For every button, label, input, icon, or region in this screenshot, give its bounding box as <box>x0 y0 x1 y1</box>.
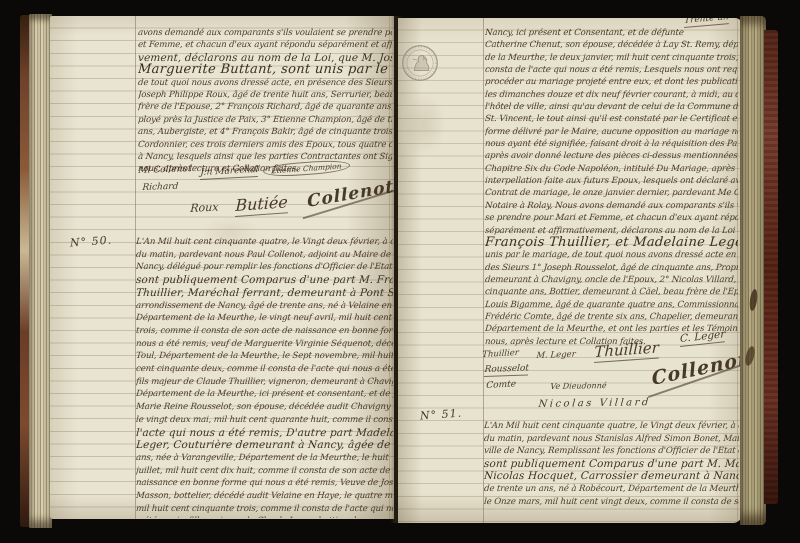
record-50-text: L'An Mil huit cent cinquante quatre, le … <box>136 236 393 518</box>
signature: M. Leger <box>536 350 576 361</box>
handwritten-line: L'An Mil huit cent cinquante quatre, le … <box>484 420 739 433</box>
handwritten-line: juillet, mil huit cent dix huit, comme i… <box>136 465 393 478</box>
signature: Trente un <box>684 18 729 28</box>
handwritten-line: le vingt deux mai, mil huit cent quarant… <box>136 414 393 427</box>
handwritten-line: Nicolas Hocquet, Carrossier demeurant à … <box>484 470 739 483</box>
handwritten-line: Marie Reine Rousselot, son épouse, décéd… <box>136 401 393 414</box>
handwritten-line: nous a été remis, veuf de Marguerite Vir… <box>136 338 393 351</box>
signature: Richard <box>142 182 179 193</box>
signature: Rousselot <box>484 363 529 377</box>
handwritten-line: l'acte qui nous a été remis, D'autre par… <box>136 427 393 440</box>
handwritten-line: Thuillier, Maréchal ferrant, demeurant à… <box>136 287 393 300</box>
handwritten-line: du matin, pardevant nous Stanislas Alfre… <box>484 433 739 446</box>
register-book-scan: avons demandé aux comparants s'ils voula… <box>0 0 800 543</box>
handwritten-line: sont publiquement Comparus d'une part M.… <box>136 274 393 287</box>
handwritten-line: cent cinquante deux, comme il consta de … <box>136 363 393 376</box>
page-edge-speck <box>749 289 759 312</box>
page-stack-right-edge <box>740 16 766 525</box>
handwritten-line: du matin, pardevant nous Paul Collenot, … <box>136 249 393 262</box>
handwritten-line: a été remis, fille majeure de Claude Leg… <box>136 515 393 518</box>
handwritten-line: fils majeur de Claude Thuillier, vignero… <box>136 376 393 389</box>
handwritten-line: Département de la Meurthe, ici présent e… <box>136 388 393 401</box>
signature: Nicolas Villard <box>538 397 651 410</box>
signature: Etienne Champion <box>263 159 350 178</box>
right-page: Nancy, ici présent et Consentant, et de … <box>398 18 742 523</box>
page-stack-left-edge <box>29 14 52 528</box>
handwritten-line: ans, née à Varangeville, Département de … <box>136 452 393 465</box>
handwritten-line: Leger, Couturière demeurant à Nancy, âgé… <box>136 439 393 452</box>
left-page: avons demandé aux comparants s'ils voula… <box>50 16 394 519</box>
handwritten-line: ville de Nancy, Remplissant les fonction… <box>484 445 739 458</box>
signature: Ve Dieudonné <box>550 381 607 391</box>
signature: Collenot <box>651 348 742 390</box>
record-51-text: L'An Mil huit cent cinquante quatre, le … <box>484 420 739 512</box>
handwritten-line: de trente un ans, né à Robécourt, Départ… <box>484 483 739 496</box>
handwritten-line: Masson, bottelier, décédé audit Velaine … <box>136 490 393 503</box>
handwritten-line: naissance en bonne forme qui nous a été … <box>136 477 393 490</box>
handwritten-line: sont publiquement Comparus d'une part M.… <box>484 458 739 471</box>
signature: Comte <box>486 379 516 391</box>
handwritten-line: L'An Mil huit cent cinquante quatre, le … <box>136 236 393 249</box>
signature: Thuillier <box>594 338 659 363</box>
handwritten-line: mil huit cent cinquante trois, comme il … <box>136 503 393 516</box>
signature: J:n Marechal <box>200 165 259 180</box>
signature: Butiée <box>235 192 288 217</box>
signature: Collenot <box>307 177 394 212</box>
signature: Thuillier <box>482 348 519 360</box>
handwritten-line: le Onze mars, mil huit cent vingt deux, … <box>484 496 739 509</box>
handwritten-line: trois, comme il consta de son acte de na… <box>136 325 393 338</box>
handwritten-line: Nancy, délégué pour remplir les fonction… <box>136 261 393 274</box>
signature: Roux <box>190 200 219 215</box>
signature: Ml Collenot <box>138 164 192 176</box>
handwritten-line: Département de la Meurthe, le vingt neuf… <box>136 312 393 325</box>
handwritten-line: Toul, Département de la Meurthe, le Sept… <box>136 350 393 363</box>
signature: C. Leger <box>680 328 725 347</box>
page-edge-speck <box>744 345 757 366</box>
book-cover-right-edge <box>764 30 778 504</box>
handwritten-line: arrondissement de Nancy, âgé de trente a… <box>136 300 393 313</box>
